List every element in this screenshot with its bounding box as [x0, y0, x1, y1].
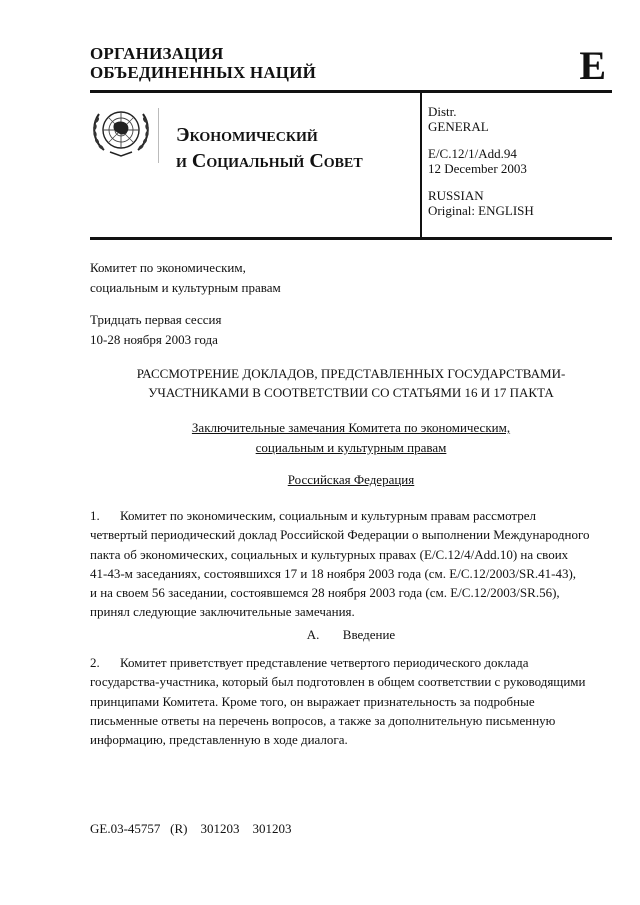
main-title-line1: РАССМОТРЕНИЕ ДОКЛАДОВ, ПРЕДСТАВЛЕННЫХ ГО… — [90, 364, 612, 383]
session-info: Тридцать первая сессия 10-28 ноября 2003… — [90, 310, 221, 350]
organization-name-line1: ОРГАНИЗАЦИЯ — [90, 44, 316, 63]
distribution-block: Distr. GENERAL E/C.12/1/Add.94 12 Decemb… — [428, 104, 534, 218]
header-rule-top — [90, 90, 612, 93]
paragraph-line: Комитет по экономическим, социальным и к… — [120, 508, 536, 523]
emblem-divider — [158, 108, 159, 163]
organization-name-line2: ОБЪЕДИНЕННЫХ НАЦИЙ — [90, 63, 316, 82]
paragraph-line: письменные ответы на перечень вопросов, … — [90, 711, 595, 730]
header-rule-vertical — [420, 92, 422, 239]
paragraph-number: 1. — [90, 506, 120, 525]
document-date: 12 December 2003 — [428, 161, 534, 176]
section-heading-a: A.Введение — [90, 626, 612, 644]
paragraph-line: четвертый периодический доклад Российско… — [90, 525, 595, 544]
paragraph-line: и на своем 56 заседании, состоявшемся 28… — [90, 583, 595, 602]
footer-document-code: GE.03-45757 (R) 301203 301203 — [90, 821, 292, 837]
committee-line2: социальным и культурным правам — [90, 278, 281, 298]
country-heading: Российская Федерация — [90, 470, 612, 490]
committee-line1: Комитет по экономическим, — [90, 258, 281, 278]
session-dates: 10-28 ноября 2003 года — [90, 330, 221, 350]
language-letter: E — [579, 44, 606, 88]
council-name-line1: Экономический — [176, 122, 363, 148]
paragraph-number: 2. — [90, 653, 120, 672]
council-name: Экономический и Социальный Совет — [176, 122, 363, 174]
paragraph-line: принципами Комитета. Кроме того, он выра… — [90, 692, 595, 711]
session-line1: Тридцать первая сессия — [90, 310, 221, 330]
header-rule-bottom — [90, 237, 612, 240]
un-emblem-icon — [90, 104, 152, 160]
organization-name: ОРГАНИЗАЦИЯ ОБЪЕДИНЕННЫХ НАЦИЙ — [90, 44, 316, 82]
paragraph-line: 41-43-м заседаниях, состоявшихся 17 и 18… — [90, 564, 595, 583]
paragraph-line: пакта об экономических, социальных и кул… — [90, 545, 595, 564]
distr-label: Distr. — [428, 104, 534, 119]
document-language: RUSSIAN — [428, 188, 534, 203]
paragraph-line: информацию, представленную в ходе диалог… — [90, 730, 595, 749]
subtitle-line1: Заключительные замечания Комитета по эко… — [192, 420, 510, 435]
main-title-line2: УЧАСТНИКАМИ В СООТВЕТСТВИИ СО СТАТЬЯМИ 1… — [90, 383, 612, 402]
section-letter: A. — [307, 626, 343, 644]
subtitle: Заключительные замечания Комитета по эко… — [90, 418, 612, 458]
distr-value: GENERAL — [428, 119, 534, 134]
document-symbol: E/C.12/1/Add.94 — [428, 146, 534, 161]
section-title: Введение — [343, 627, 395, 642]
subtitle-line2: социальным и культурным правам — [256, 440, 447, 455]
committee-name: Комитет по экономическим, социальным и к… — [90, 258, 281, 298]
paragraph-2: 2.Комитет приветствует представление чет… — [90, 653, 595, 749]
country-name: Российская Федерация — [288, 472, 415, 487]
paragraph-line: принял следующие заключительные замечани… — [90, 602, 595, 621]
paragraph-line: государства-участника, который был подго… — [90, 672, 595, 691]
main-title: РАССМОТРЕНИЕ ДОКЛАДОВ, ПРЕДСТАВЛЕННЫХ ГО… — [90, 364, 612, 402]
original-language: Original: ENGLISH — [428, 203, 534, 218]
council-name-line2: и Социальный Совет — [176, 148, 363, 174]
paragraph-1: 1.Комитет по экономическим, социальным и… — [90, 506, 595, 622]
paragraph-line: Комитет приветствует представление четве… — [120, 655, 529, 670]
